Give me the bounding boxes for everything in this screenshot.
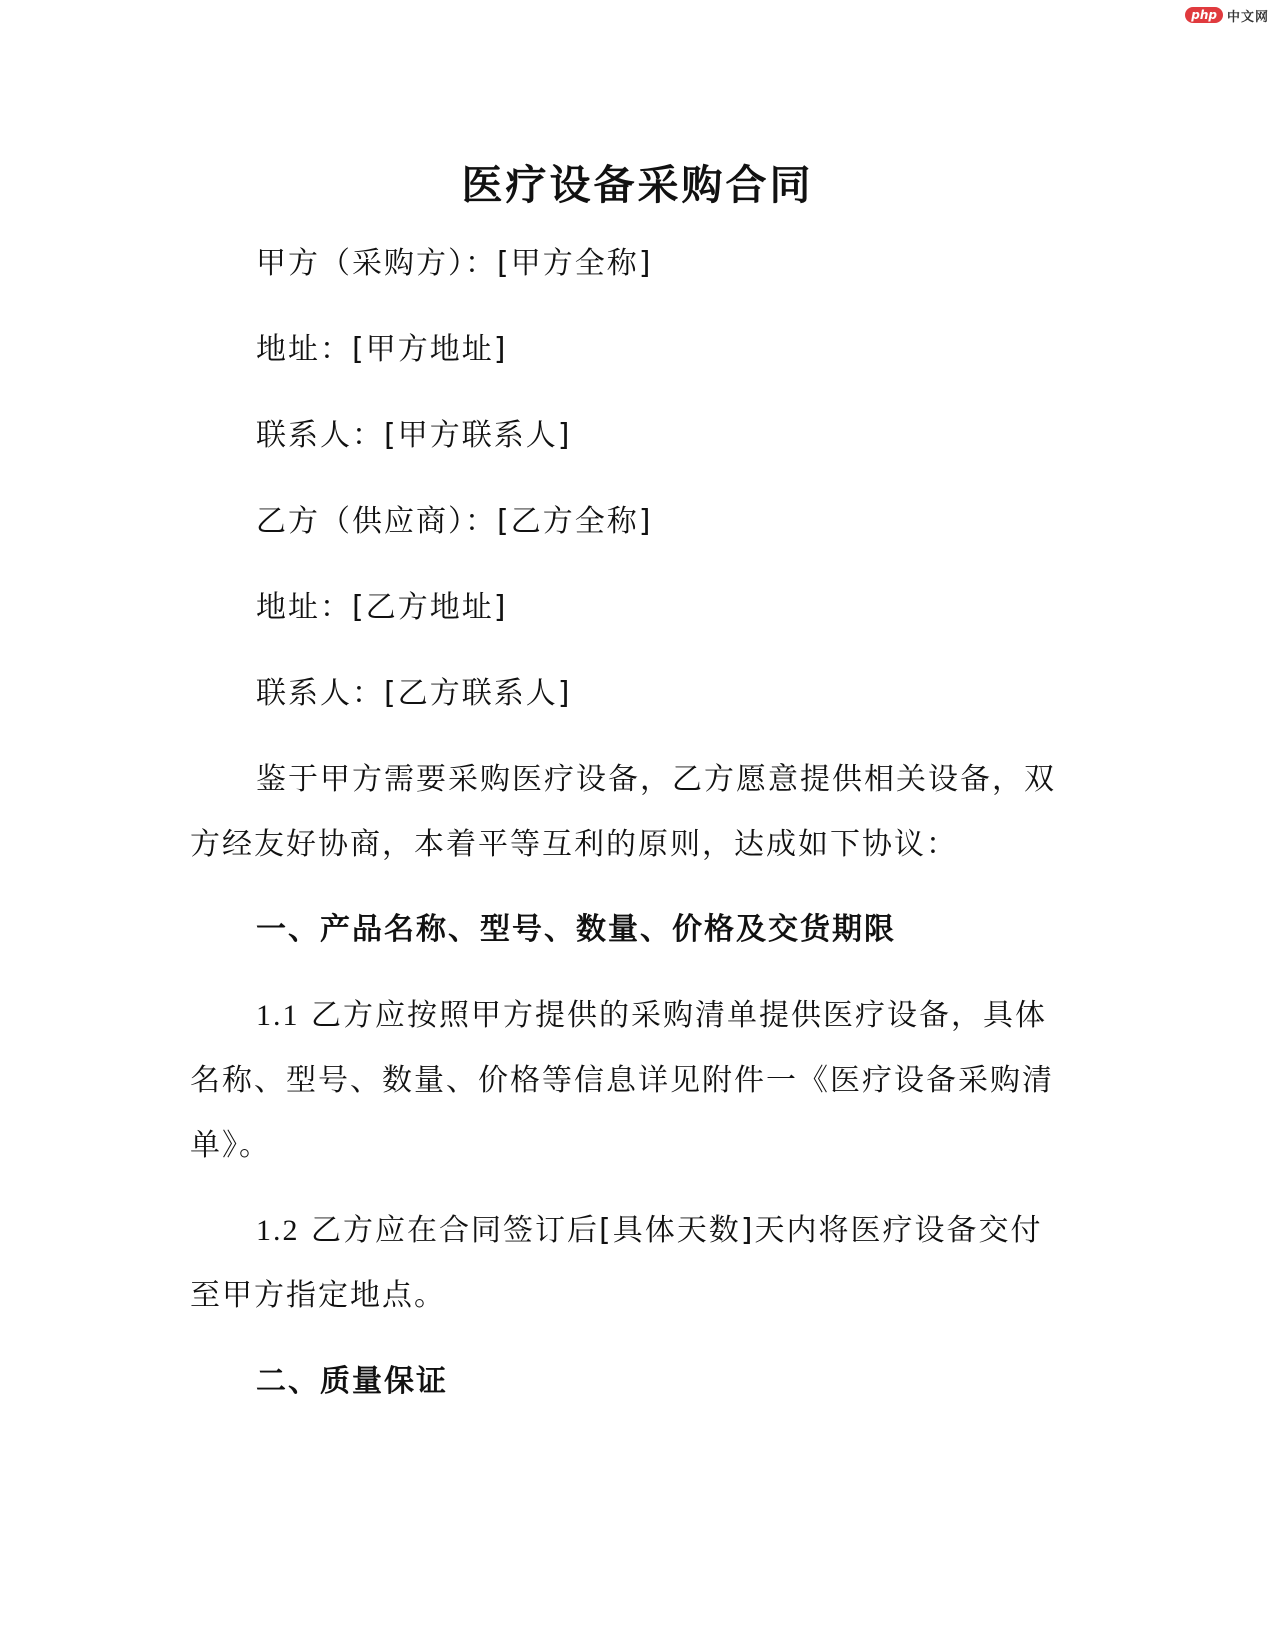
clause-number: 1.1 [256, 999, 300, 1032]
php-logo-icon: php [1185, 7, 1223, 23]
watermark-text: 中文网 [1227, 6, 1269, 25]
party-a-contact: 联系人：[甲方联系人] [256, 410, 571, 454]
party-a-name: 甲方（采购方）：[甲方全称] [256, 238, 652, 282]
clause-text: 乙方应按照甲方提供的采购清单提供医疗设备，具体 [311, 998, 1047, 1033]
document-title: 医疗设备采购合同 [0, 152, 1275, 211]
clause-text: 乙方应在合同签订后[具体天数]天内将医疗设备交付 [311, 1213, 1042, 1248]
clause-1-1-line-1: 1.1 乙方应按照甲方提供的采购清单提供医疗设备，具体 [256, 990, 1047, 1034]
party-a-address: 地址：[甲方地址] [256, 324, 507, 368]
clause-1-1-line-2: 名称、型号、数量、价格等信息详见附件一《医疗设备采购清 [190, 1055, 1054, 1099]
php-cn-watermark: php 中文网 [1185, 4, 1269, 26]
section-2-heading: 二、质量保证 [256, 1356, 448, 1400]
preamble-line-1: 鉴于甲方需要采购医疗设备，乙方愿意提供相关设备，双 [256, 754, 1056, 798]
preamble-line-2: 方经友好协商，本着平等互利的原则，达成如下协议： [190, 819, 958, 863]
section-1-heading: 一、产品名称、型号、数量、价格及交货期限 [256, 904, 896, 948]
clause-1-2-line-2: 至甲方指定地点。 [190, 1270, 446, 1314]
party-b-address: 地址：[乙方地址] [256, 582, 507, 626]
party-b-name: 乙方（供应商）：[乙方全称] [256, 496, 652, 540]
clause-1-2-line-1: 1.2 乙方应在合同签订后[具体天数]天内将医疗设备交付 [256, 1205, 1042, 1249]
clause-1-1-line-3: 单》。 [190, 1120, 271, 1164]
party-b-contact: 联系人：[乙方联系人] [256, 668, 571, 712]
clause-number: 1.2 [256, 1214, 300, 1247]
